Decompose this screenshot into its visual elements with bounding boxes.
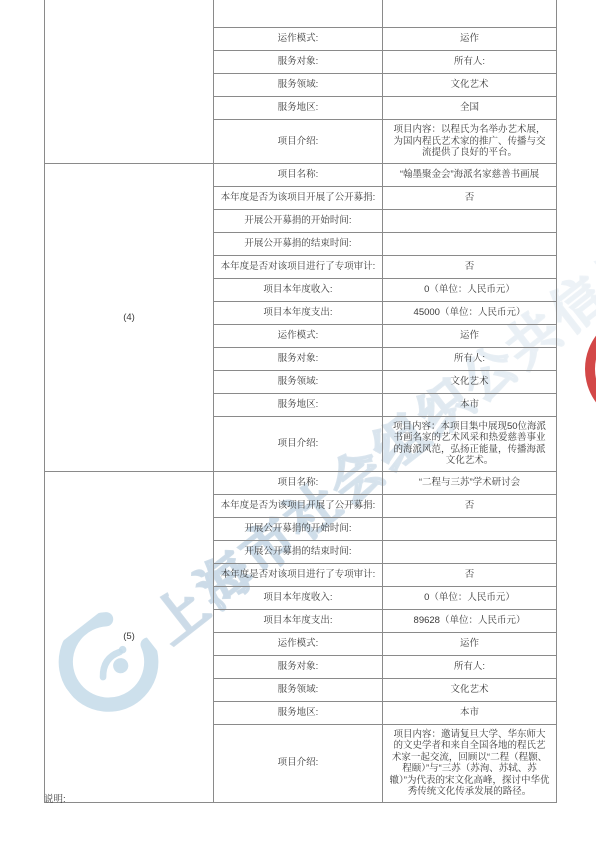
field-value-cell: 运作 — [383, 28, 556, 50]
field-label-cell: 运作模式: — [214, 633, 383, 655]
field-value-cell: 0（单位：人民币元） — [383, 279, 556, 301]
field-label-cell: 项目本年度支出: — [214, 302, 383, 324]
field-label-cell: 本年度是否对该项目进行了专项审计: — [214, 564, 383, 586]
field-value-cell: 本市 — [383, 394, 556, 416]
field-value-cell — [383, 233, 556, 255]
table-row: 开展公开募捐的开始时间: — [214, 517, 556, 540]
table-row: 服务领域:文化艺术 — [214, 678, 556, 701]
project-section-2: (5)项目名称:“二程与三苏”学术研讨会本年度是否为该项目开展了公开募捐:否开展… — [45, 471, 556, 802]
field-value-cell: “二程与三苏”学术研讨会 — [383, 472, 556, 494]
section-index-cell: (4) — [45, 164, 214, 471]
field-value-cell: 否 — [383, 256, 556, 278]
field-value-cell: 否 — [383, 495, 556, 517]
table-row: 本年度是否为该项目开展了公开募捐:否 — [214, 186, 556, 209]
field-label-cell: 开展公开募捐的结束时间: — [214, 541, 383, 563]
table-row: 项目本年度收入:0（单位：人民币元） — [214, 586, 556, 609]
field-value-cell — [383, 210, 556, 232]
project-section-0: 运作模式:运作服务对象:所有人:服务领域:文化艺术服务地区:全国项目介绍:项目内… — [45, 0, 556, 163]
table-row: 运作模式:运作 — [214, 632, 556, 655]
field-label-cell: 本年度是否为该项目开展了公开募捐: — [214, 187, 383, 209]
field-value-cell: 所有人: — [383, 348, 556, 370]
field-value-cell: 本市 — [383, 702, 556, 724]
table-row: 本年度是否为该项目开展了公开募捐:否 — [214, 494, 556, 517]
document-page: 上海市社会组织公共信息平台 运作模式:运作服务对象:所有人:服务领域:文化艺术服… — [0, 0, 596, 842]
field-value-cell — [383, 0, 556, 27]
table-row: 本年度是否对该项目进行了专项审计:否 — [214, 563, 556, 586]
field-label-cell: 服务领域: — [214, 679, 383, 701]
field-label-cell: 运作模式: — [214, 28, 383, 50]
field-label-cell: 服务领域: — [214, 74, 383, 96]
table-row: 项目名称:“翰墨聚金会”海派名家慈善书画展 — [214, 164, 556, 186]
section-rows: 项目名称:“翰墨聚金会”海派名家慈善书画展本年度是否为该项目开展了公开募捐:否开… — [214, 164, 556, 471]
projects-report-table: 运作模式:运作服务对象:所有人:服务领域:文化艺术服务地区:全国项目介绍:项目内… — [44, 0, 557, 803]
field-value-cell — [383, 518, 556, 540]
table-row — [214, 0, 556, 27]
field-value-cell: 项目内容：以程氏为名举办艺术展，为国内程氏艺术家的推广、传播与交流提供了良好的平… — [383, 120, 556, 163]
table-row: 项目本年度收入:0（单位：人民币元） — [214, 278, 556, 301]
table-row: 服务地区:本市 — [214, 701, 556, 724]
table-row: 项目本年度支出:89628（单位：人民币元） — [214, 609, 556, 632]
field-label-cell: 项目介绍: — [214, 725, 383, 802]
field-label-cell: 运作模式: — [214, 325, 383, 347]
field-value-cell: 文化艺术 — [383, 74, 556, 96]
field-label-cell: 项目本年度支出: — [214, 610, 383, 632]
field-value-cell: 45000（单位：人民币元） — [383, 302, 556, 324]
field-label-cell: 服务领域: — [214, 371, 383, 393]
field-label-cell: 开展公开募捐的结束时间: — [214, 233, 383, 255]
table-row: 项目介绍:项目内容：以程氏为名举办艺术展，为国内程氏艺术家的推广、传播与交流提供… — [214, 119, 556, 163]
field-label-cell: 服务对象: — [214, 656, 383, 678]
table-row: 服务地区:全国 — [214, 96, 556, 119]
field-value-cell: 否 — [383, 187, 556, 209]
section-rows: 项目名称:“二程与三苏”学术研讨会本年度是否为该项目开展了公开募捐:否开展公开募… — [214, 472, 556, 802]
field-value-cell: 运作 — [383, 325, 556, 347]
field-value-cell: 运作 — [383, 633, 556, 655]
table-row: 服务地区:本市 — [214, 393, 556, 416]
field-value-cell: 项目内容：本项目集中展现50位海派书画名家的艺术风采和热爱慈善事业的海派风范，弘… — [383, 417, 556, 471]
field-value-cell: 文化艺术 — [383, 371, 556, 393]
section-index-cell: (5) — [45, 472, 214, 802]
field-label-cell: 开展公开募捐的开始时间: — [214, 518, 383, 540]
field-label-cell: 项目本年度收入: — [214, 279, 383, 301]
official-seal-icon — [585, 313, 596, 425]
table-row: 服务领域:文化艺术 — [214, 73, 556, 96]
field-value-cell: 全国 — [383, 97, 556, 119]
field-label-cell: 服务地区: — [214, 97, 383, 119]
field-value-cell: 项目内容：邀请复旦大学、华东师大的文史学者和来自全国各地的程氏艺术家一起交流，回… — [383, 725, 556, 802]
field-label-cell: 项目名称: — [214, 472, 383, 494]
field-value-cell: 0（单位：人民币元） — [383, 587, 556, 609]
field-label-cell: 本年度是否对该项目进行了专项审计: — [214, 256, 383, 278]
field-value-cell: 所有人: — [383, 656, 556, 678]
field-label-cell: 项目本年度收入: — [214, 587, 383, 609]
table-row: 开展公开募捐的结束时间: — [214, 232, 556, 255]
table-row: 服务对象:所有人: — [214, 50, 556, 73]
table-row: 开展公开募捐的结束时间: — [214, 540, 556, 563]
table-row: 运作模式:运作 — [214, 324, 556, 347]
field-label-cell: 服务地区: — [214, 702, 383, 724]
table-row: 服务领域:文化艺术 — [214, 370, 556, 393]
table-row: 本年度是否对该项目进行了专项审计:否 — [214, 255, 556, 278]
field-label-cell: 项目介绍: — [214, 417, 383, 471]
table-row: 运作模式:运作 — [214, 27, 556, 50]
note-label: 说明: — [44, 791, 66, 805]
table-row: 项目介绍:项目内容：邀请复旦大学、华东师大的文史学者和来自全国各地的程氏艺术家一… — [214, 724, 556, 802]
table-row: 服务对象:所有人: — [214, 655, 556, 678]
field-value-cell: 89628（单位：人民币元） — [383, 610, 556, 632]
table-row: 服务对象:所有人: — [214, 347, 556, 370]
field-label-cell: 本年度是否为该项目开展了公开募捐: — [214, 495, 383, 517]
table-row: 项目本年度支出:45000（单位：人民币元） — [214, 301, 556, 324]
field-label-cell: 项目名称: — [214, 164, 383, 186]
project-section-1: (4)项目名称:“翰墨聚金会”海派名家慈善书画展本年度是否为该项目开展了公开募捐… — [45, 163, 556, 471]
field-value-cell: 否 — [383, 564, 556, 586]
field-label-cell: 服务对象: — [214, 51, 383, 73]
field-label-cell: 项目介绍: — [214, 120, 383, 163]
section-index-cell — [45, 0, 214, 163]
field-label-cell — [214, 0, 383, 27]
section-rows: 运作模式:运作服务对象:所有人:服务领域:文化艺术服务地区:全国项目介绍:项目内… — [214, 0, 556, 163]
field-label-cell: 开展公开募捐的开始时间: — [214, 210, 383, 232]
field-value-cell: 所有人: — [383, 51, 556, 73]
table-row: 开展公开募捐的开始时间: — [214, 209, 556, 232]
field-label-cell: 服务地区: — [214, 394, 383, 416]
table-row: 项目介绍:项目内容：本项目集中展现50位海派书画名家的艺术风采和热爱慈善事业的海… — [214, 416, 556, 471]
table-row: 项目名称:“二程与三苏”学术研讨会 — [214, 472, 556, 494]
field-label-cell: 服务对象: — [214, 348, 383, 370]
field-value-cell — [383, 541, 556, 563]
field-value-cell: “翰墨聚金会”海派名家慈善书画展 — [383, 164, 556, 186]
field-value-cell: 文化艺术 — [383, 679, 556, 701]
